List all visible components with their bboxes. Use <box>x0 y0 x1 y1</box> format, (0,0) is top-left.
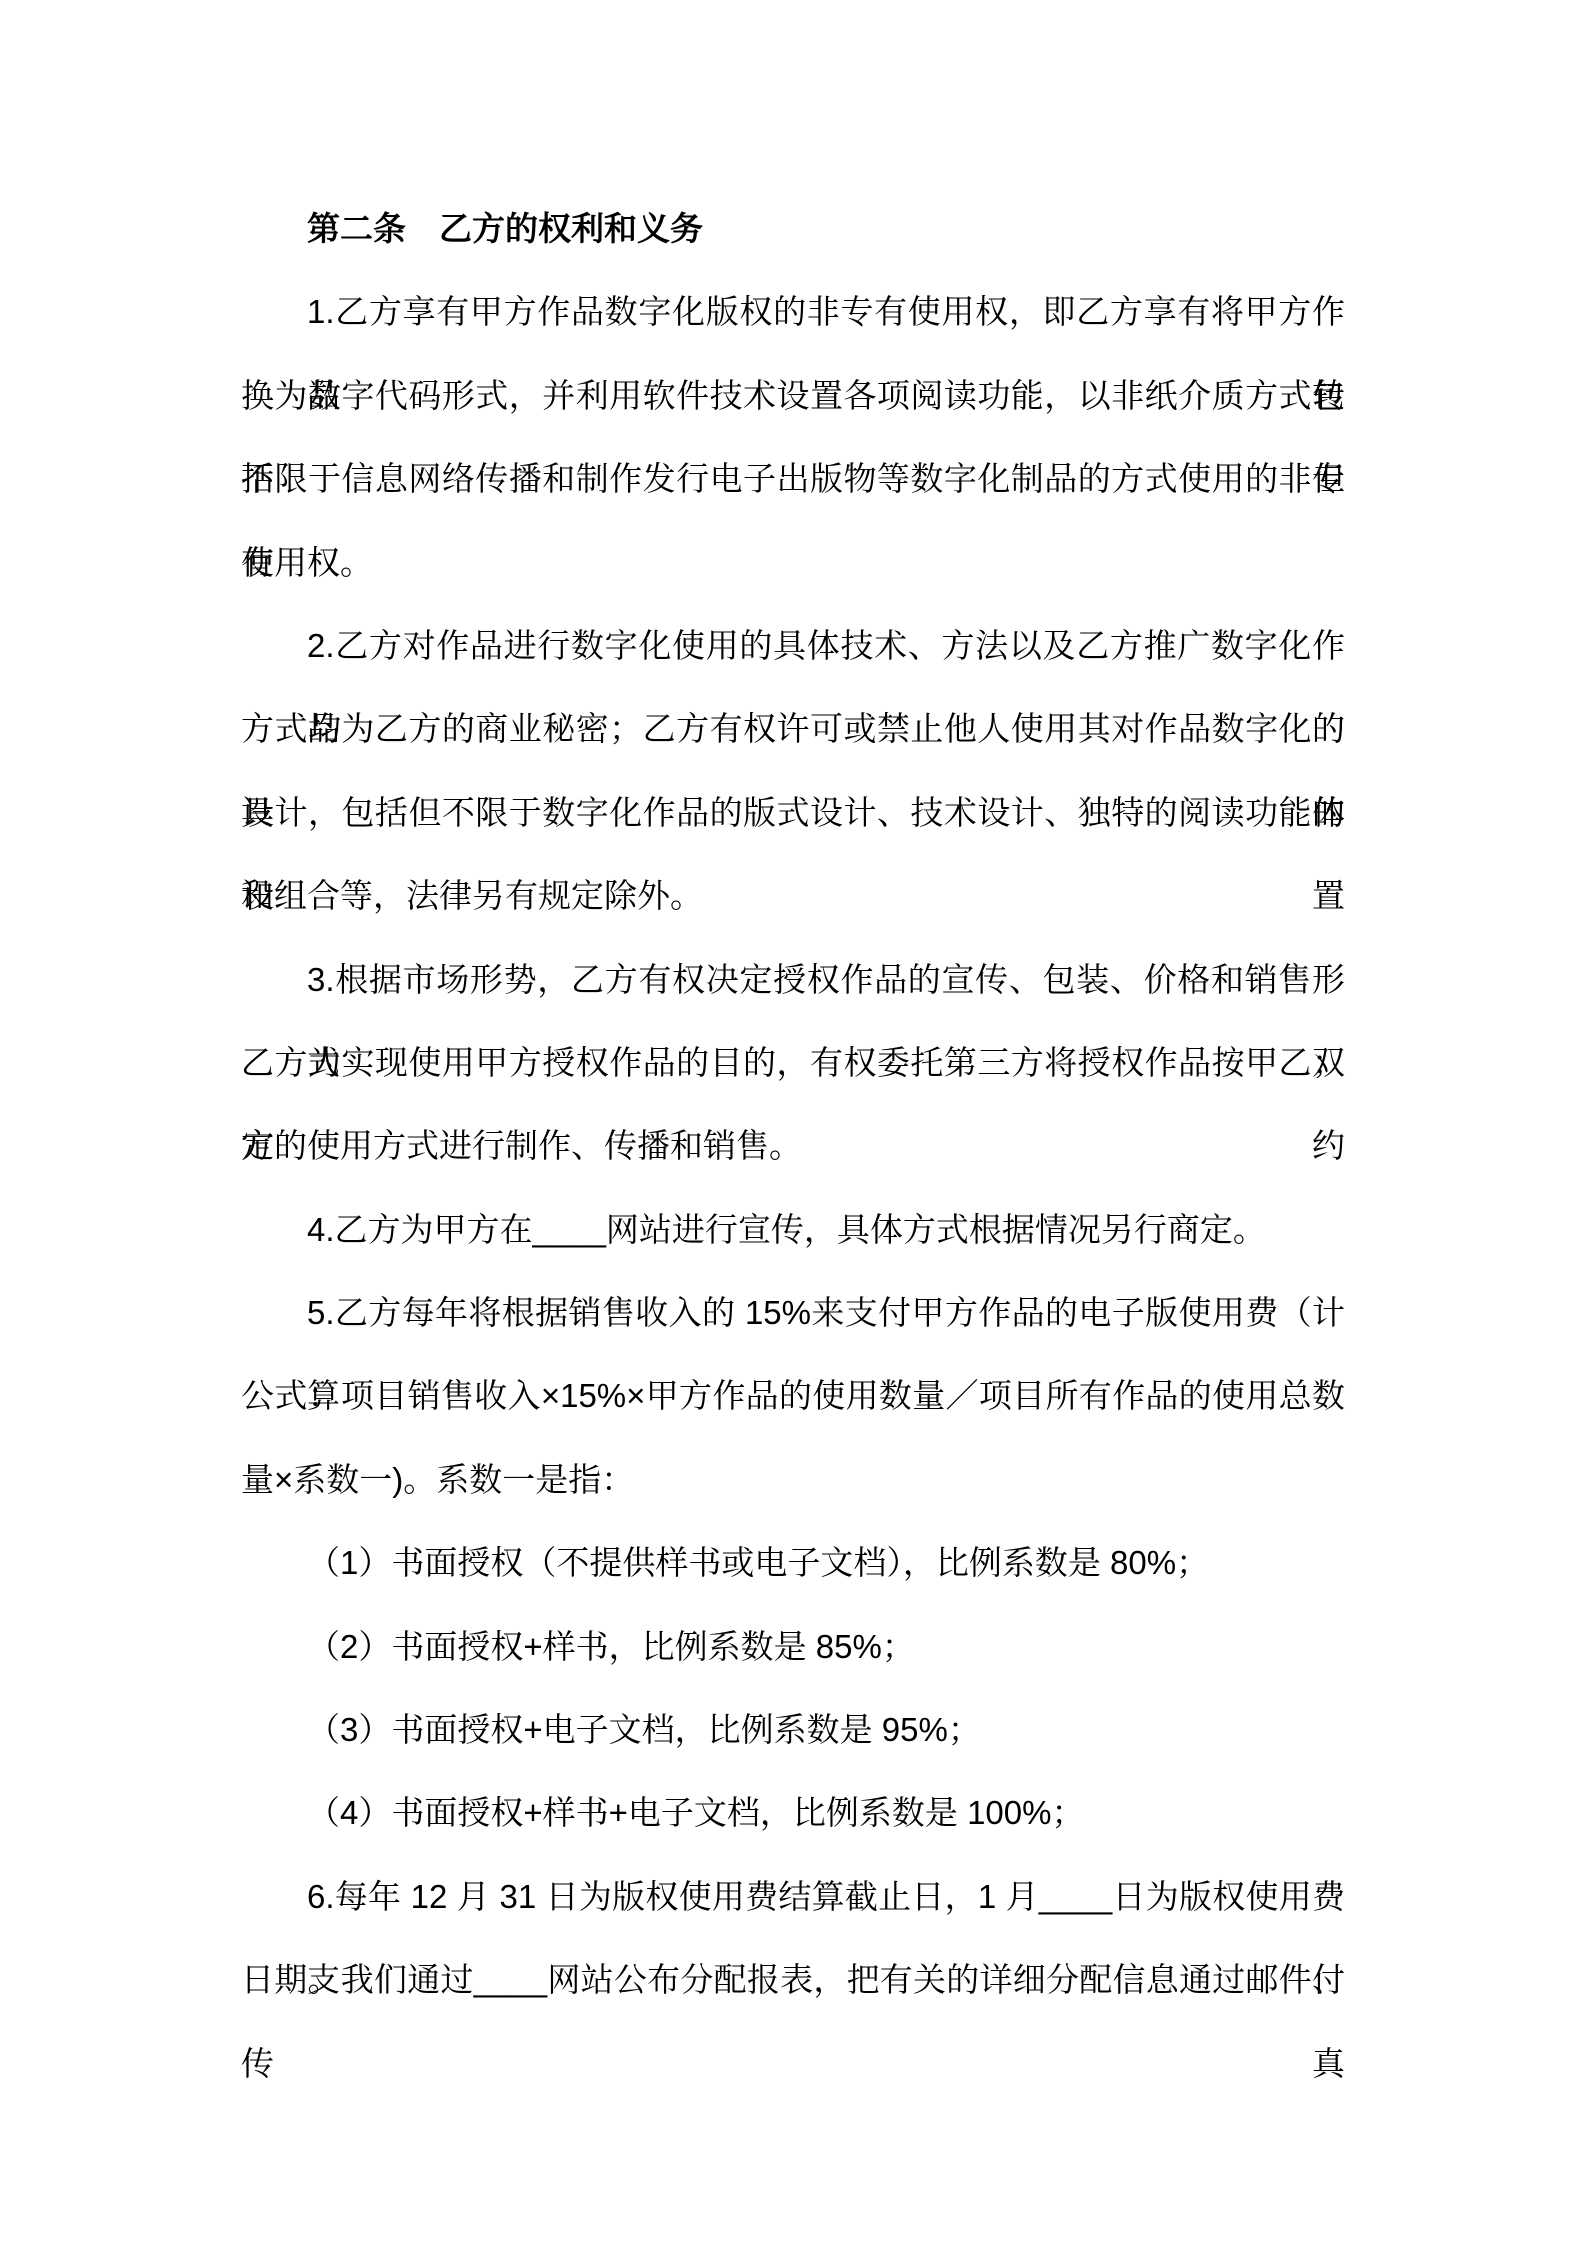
document-line: （3）书面授权+电子文档，比例系数是 95%； <box>241 1688 1345 1771</box>
document-line: 乙方为实现使用甲方授权作品的目的，有权委托第三方将授权作品按甲乙双方约 <box>241 1021 1345 1104</box>
document-line: （4）书面授权+样书+电子文档，比例系数是 100%； <box>241 1771 1345 1854</box>
document-line: 方式均为乙方的商业秘密；乙方有权许可或禁止他人使用其对作品数字化的具体 <box>241 687 1345 770</box>
document-line: 5.乙方每年将根据销售收入的 15%来支付甲方作品的电子版使用费（计算 <box>241 1271 1345 1354</box>
document-line: 设计，包括但不限于数字化作品的版式设计、技术设计、独特的阅读功能的设置 <box>241 771 1345 854</box>
document-line: 量×系数一)。系数一是指： <box>241 1438 1345 1521</box>
document-line: 使用权。 <box>241 521 1345 604</box>
document-line: 不限于信息网络传播和制作发行电子出版物等数字化制品的方式使用的非专有 <box>241 437 1345 520</box>
document-line: 2.乙方对作品进行数字化使用的具体技术、方法以及乙方推广数字化作品的 <box>241 604 1345 687</box>
document-page: 第二条 乙方的权利和义务1.乙方享有甲方作品数字化版权的非专有使用权，即乙方享有… <box>0 0 1586 2244</box>
document-line: 6.每年 12 月 31 日为版权使用费结算截止日，1 月____日为版权使用费… <box>241 1855 1345 1938</box>
document-line: 换为数字代码形式，并利用软件技术设置各项阅读功能，以非纸介质方式包括但 <box>241 354 1345 437</box>
document-content: 第二条 乙方的权利和义务1.乙方享有甲方作品数字化版权的非专有使用权，即乙方享有… <box>241 187 1345 2022</box>
document-line: （1）书面授权（不提供样书或电子文档），比例系数是 80%； <box>241 1521 1345 1604</box>
document-line: 日期。我们通过____网站公布分配报表，把有关的详细分配信息通过邮件、传真 <box>241 1938 1345 2021</box>
section-heading: 第二条 乙方的权利和义务 <box>241 187 1345 270</box>
document-line: 1.乙方享有甲方作品数字化版权的非专有使用权，即乙方享有将甲方作品转 <box>241 270 1345 353</box>
document-line: 3.根据市场形势，乙方有权决定授权作品的宣传、包装、价格和销售形式； <box>241 938 1345 1021</box>
document-line: 公式：项目销售收入×15%×甲方作品的使用数量／项目所有作品的使用总数 <box>241 1354 1345 1437</box>
document-line: （2）书面授权+样书，比例系数是 85%； <box>241 1605 1345 1688</box>
document-line: 4.乙方为甲方在____网站进行宣传，具体方式根据情况另行商定。 <box>241 1188 1345 1271</box>
